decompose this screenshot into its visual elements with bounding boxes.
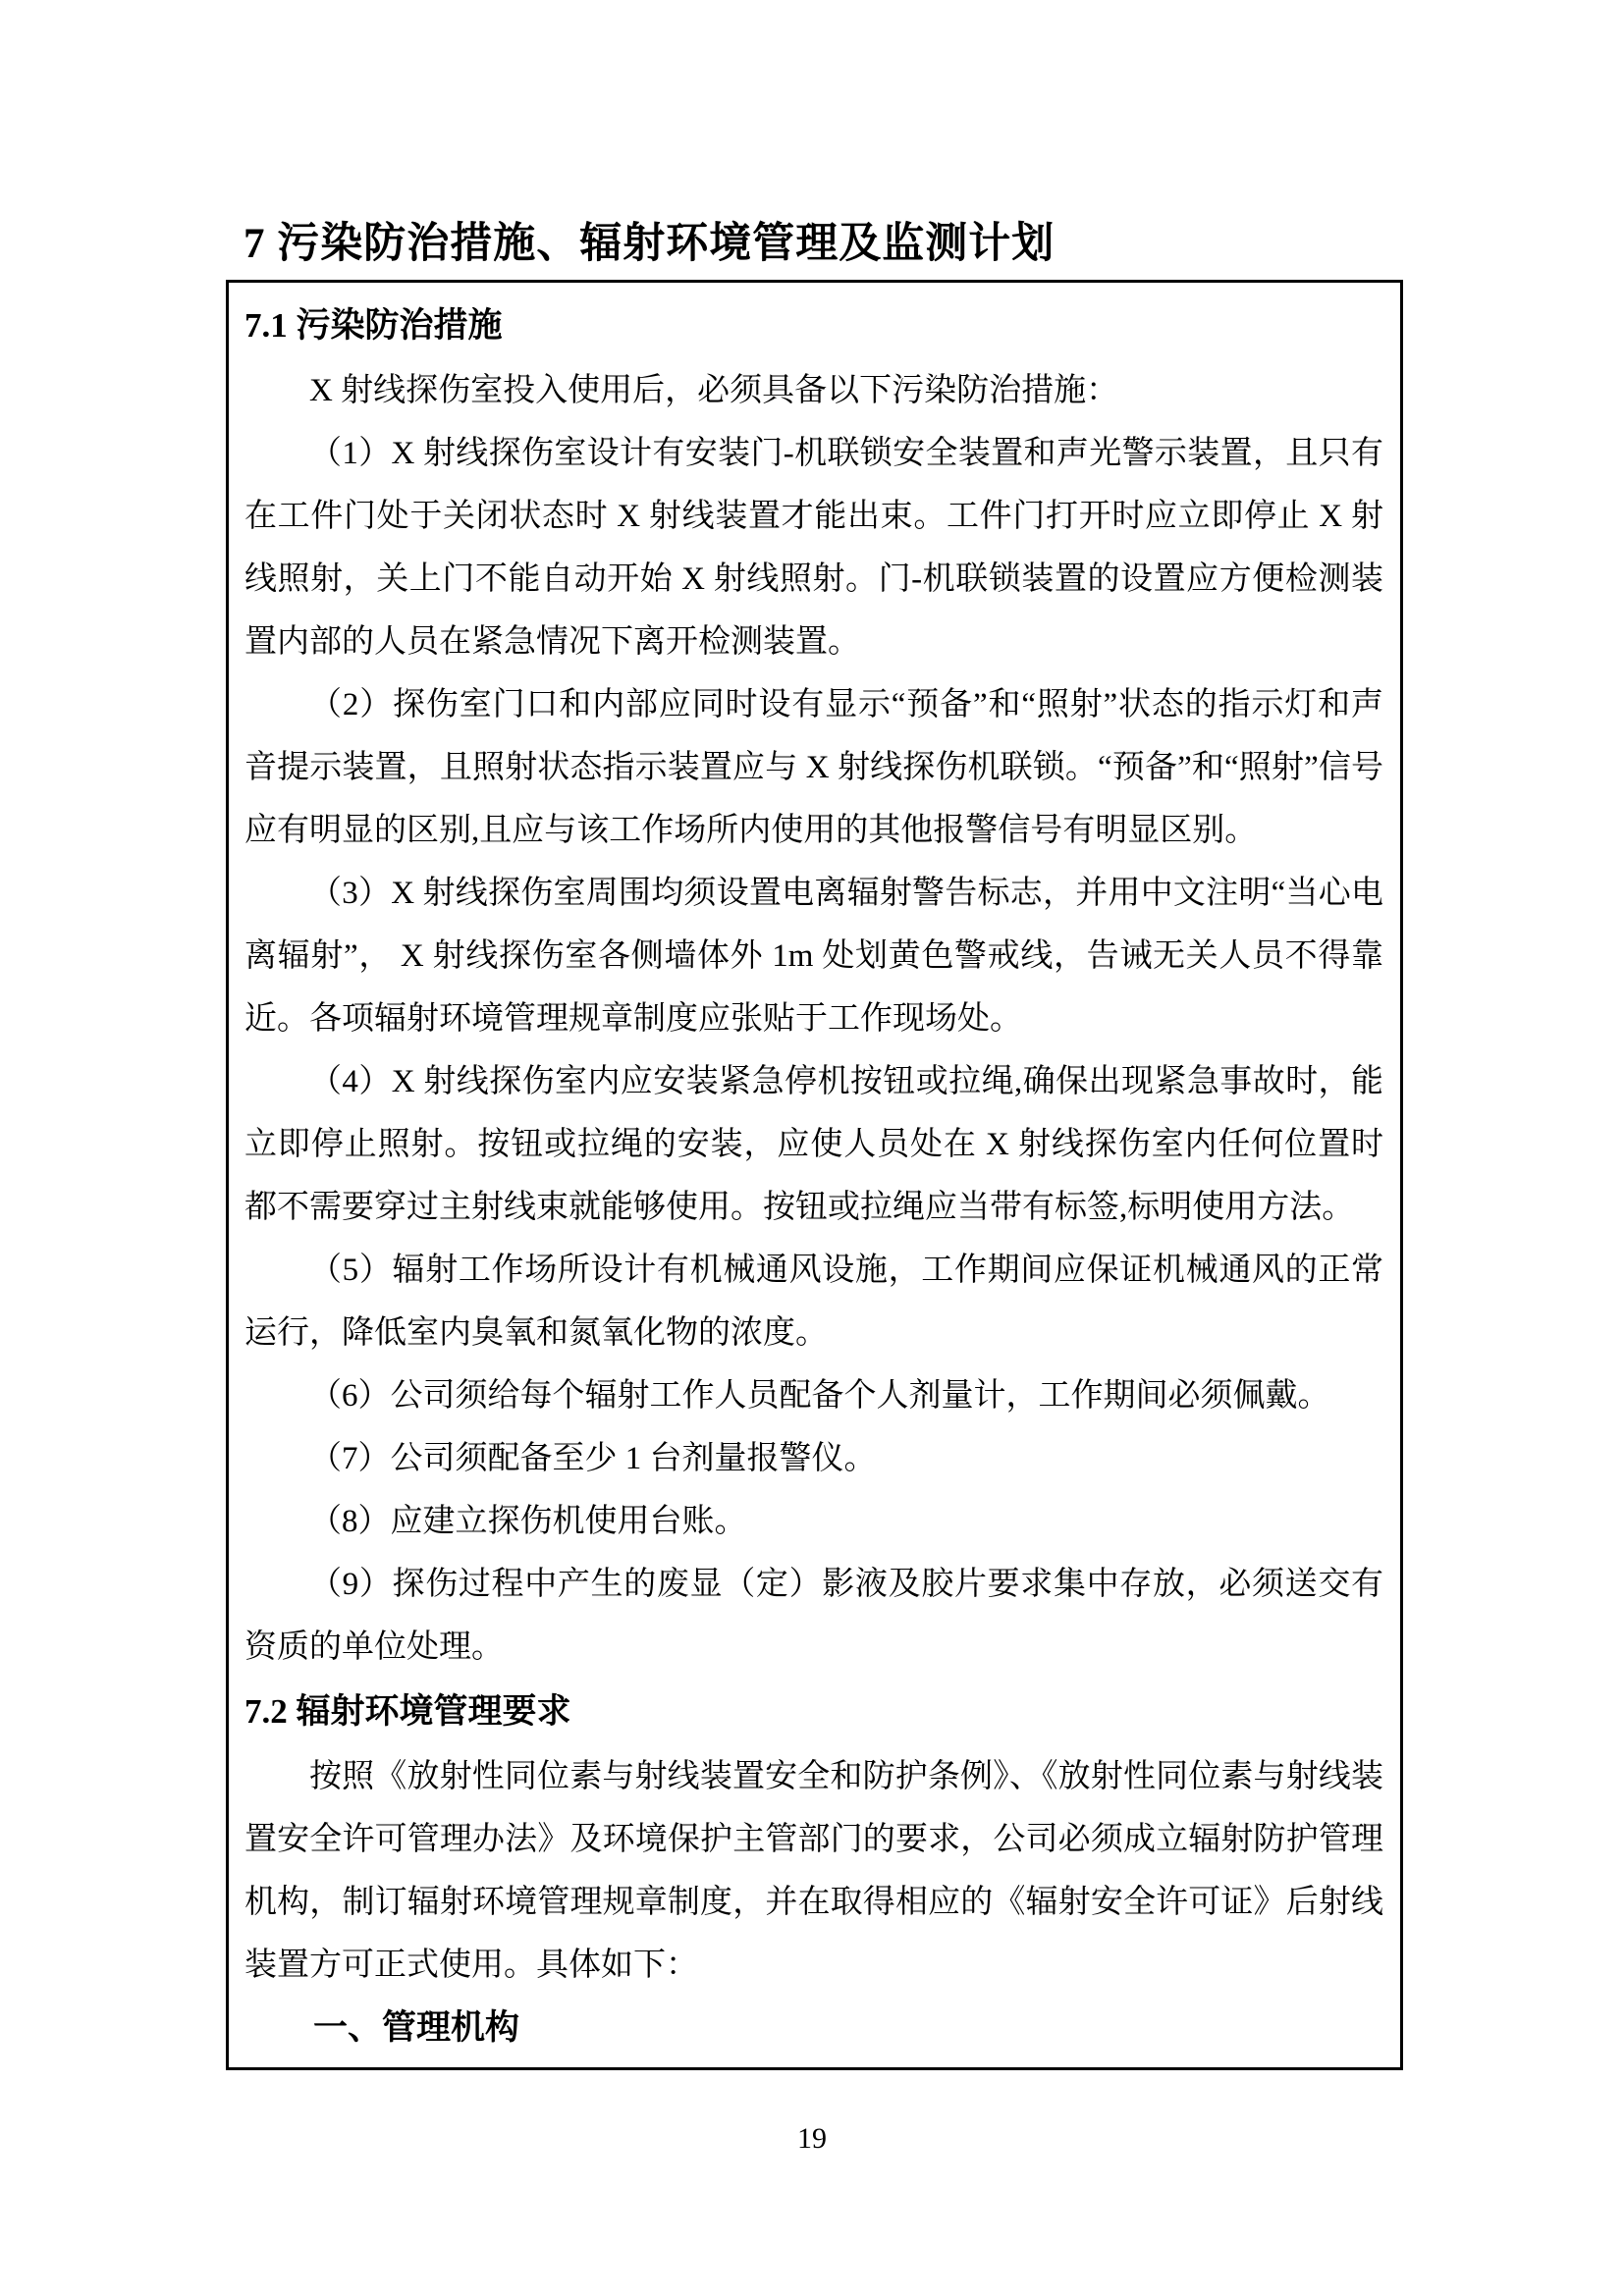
paragraph-measure-5: （5）辐射工作场所设计有机械通风设施，工作期间应保证机械通风的正常运行，降低室内… bbox=[244, 1239, 1383, 1364]
paragraph-measure-2: （2）探伤室门口和内部应同时设有显示“预备”和“照射”状态的指示灯和声音提示装置… bbox=[244, 673, 1383, 862]
content-box: 7.1 污染防治措施 X 射线探伤室投入使用后，必须具备以下污染防治措施： （1… bbox=[226, 280, 1403, 2070]
paragraph-management-intro: 按照《放射性同位素与射线装置安全和防护条例》、《放射性同位素与射线装置安全许可管… bbox=[244, 1745, 1383, 1997]
section-heading-7-1: 7.1 污染防治措施 bbox=[244, 293, 1383, 359]
paragraph-intro: X 射线探伤室投入使用后，必须具备以下污染防治措施： bbox=[244, 359, 1383, 422]
subsection-heading-management-org: 一、管理机构 bbox=[244, 1997, 1383, 2059]
paragraph-measure-3: （3）X 射线探伤室周围均须设置电离辐射警告标志，并用中文注明“当心电离辐射”，… bbox=[244, 862, 1383, 1050]
paragraph-measure-9: （9）探伤过程中产生的废显（定）影液及胶片要求集中存放，必须送交有资质的单位处理… bbox=[244, 1553, 1383, 1679]
paragraph-measure-1: （1）X 射线探伤室设计有安装门-机联锁安全装置和声光警示装置，且只有在工件门处… bbox=[244, 422, 1383, 673]
paragraph-measure-4: （4）X 射线探伤室内应安装紧急停机按钮或拉绳,确保出现紧急事故时，能立即停止照… bbox=[244, 1050, 1383, 1239]
paragraph-measure-7: （7）公司须配备至少 1 台剂量报警仪。 bbox=[244, 1427, 1383, 1490]
paragraph-measure-8: （8）应建立探伤机使用台账。 bbox=[244, 1490, 1383, 1553]
chapter-title: 7 污染防治措施、辐射环境管理及监测计划 bbox=[244, 210, 1055, 270]
document-page: { "page": { "chapter_title": "7 污染防治措施、辐… bbox=[0, 0, 1624, 2296]
section-heading-7-2: 7.2 辐射环境管理要求 bbox=[244, 1679, 1383, 1745]
paragraph-measure-6: （6）公司须给每个辐射工作人员配备个人剂量计，工作期间必须佩戴。 bbox=[244, 1364, 1383, 1427]
page-number: 19 bbox=[0, 2122, 1624, 2156]
